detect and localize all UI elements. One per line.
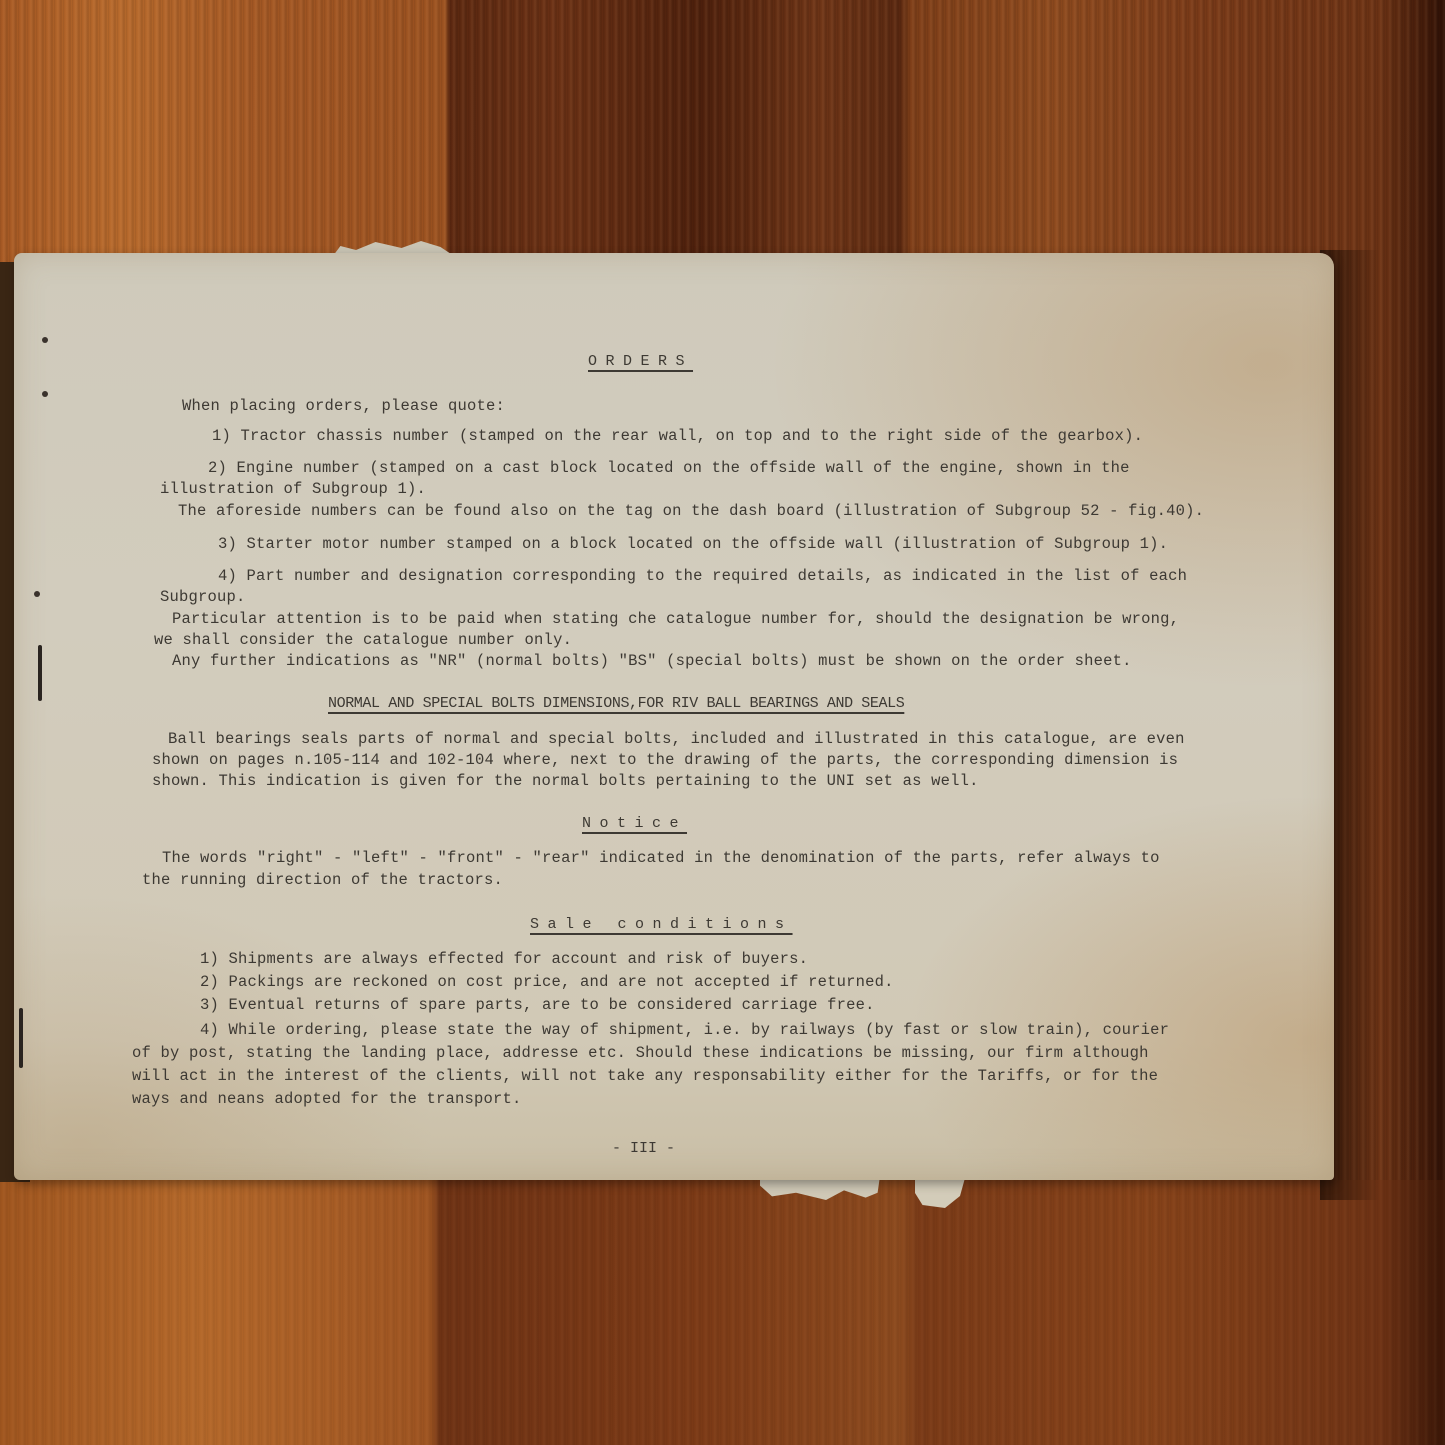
orders-attention: Particular attention is to be paid when … xyxy=(172,609,1179,630)
bolts-line-2: shown on pages n.105-114 and 102-104 whe… xyxy=(152,750,1178,771)
sale-item-3: 3) Eventual returns of spare parts, are … xyxy=(200,995,875,1016)
sale-item-1: 1) Shipments are always effected for acc… xyxy=(200,949,808,970)
orders-item-1: 1) Tractor chassis number (stamped on th… xyxy=(212,426,1143,447)
orders-item-4: 4) Part number and designation correspon… xyxy=(218,566,1187,587)
sale-item-4: 4) While ordering, please state the way … xyxy=(200,1020,1169,1041)
staple-icon xyxy=(19,1008,23,1068)
binding-hole xyxy=(42,337,48,343)
staple-icon xyxy=(38,645,42,701)
sale-item-4-cont-1: of by post, stating the landing place, a… xyxy=(132,1043,1149,1064)
page-number: - III - xyxy=(612,1140,675,1157)
orders-attention-cont: we shall consider the catalogue number o… xyxy=(154,630,572,651)
orders-item-2-cont: illustration of Subgroup 1). xyxy=(160,479,426,500)
notice-line-1: The words "right" - "left" - "front" - "… xyxy=(162,848,1160,869)
bolts-heading: NORMAL AND SPECIAL BOLTS DIMENSIONS,FOR … xyxy=(328,695,904,712)
catalogue-page: ORDERS When placing orders, please quote… xyxy=(14,253,1334,1180)
binding-hole xyxy=(34,591,40,597)
binding-hole xyxy=(42,391,48,397)
sale-conditions-heading: Sale conditions xyxy=(530,916,793,933)
notice-heading: Notice xyxy=(582,815,687,832)
orders-item-3: 3) Starter motor number stamped on a blo… xyxy=(218,534,1168,555)
orders-heading: ORDERS xyxy=(588,353,693,370)
sale-item-2: 2) Packings are reckoned on cost price, … xyxy=(200,972,894,993)
bolts-line-3: shown. This indication is given for the … xyxy=(152,771,979,792)
orders-intro: When placing orders, please quote: xyxy=(182,396,505,417)
wood-table-bottom xyxy=(0,1180,1445,1445)
orders-item-2: 2) Engine number (stamped on a cast bloc… xyxy=(208,458,1130,479)
notice-line-2: the running direction of the tractors. xyxy=(142,870,503,891)
orders-further: Any further indications as "NR" (normal … xyxy=(172,651,1132,672)
sale-item-4-cont-2: will act in the interest of the clients,… xyxy=(132,1066,1158,1087)
bolts-line-1: Ball bearings seals parts of normal and … xyxy=(168,729,1185,750)
sale-item-4-cont-3: ways and neans adopted for the transport… xyxy=(132,1089,522,1110)
orders-item-2-note: The aforeside numbers can be found also … xyxy=(178,501,1204,522)
orders-item-4-cont: Subgroup. xyxy=(160,587,246,608)
